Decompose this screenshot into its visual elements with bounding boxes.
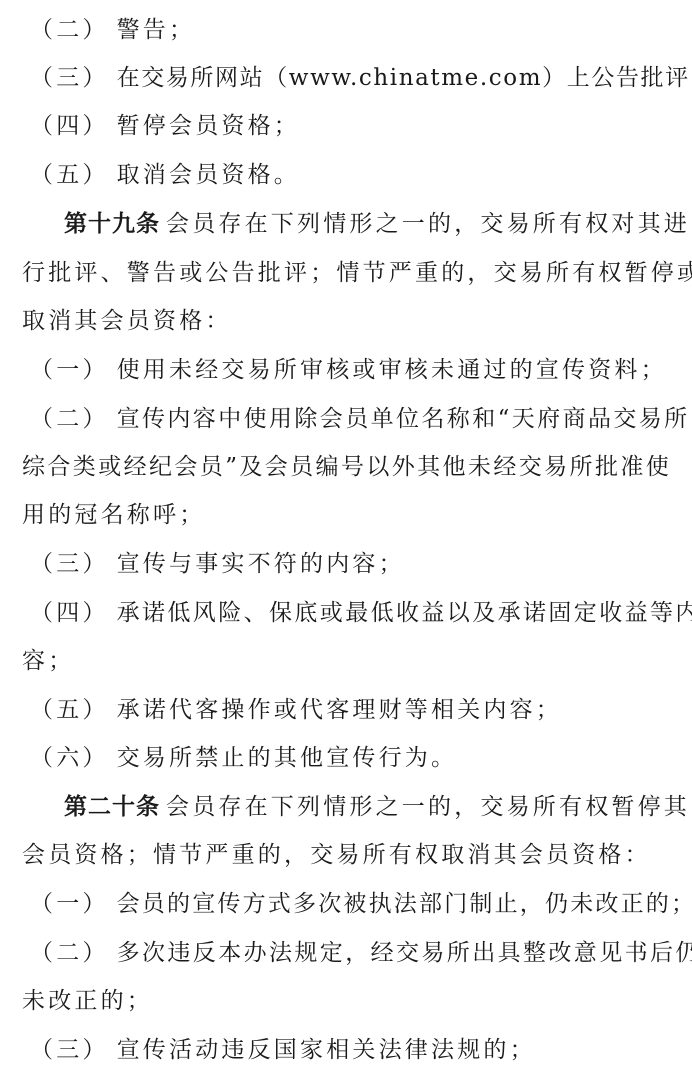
- item-number: （一）: [30, 891, 109, 917]
- item-number: （五）: [30, 162, 109, 188]
- continuation-text: 会员资格；情节严重的，交易所有权取消其会员资格：: [22, 842, 651, 868]
- item-text: 交易所禁止的其他宣传行为。: [117, 745, 458, 771]
- article-19-paragraph: 第十九条会员存在下列情形之一的，交易所有权对其进: [64, 209, 690, 239]
- list-item-violation-5: （五）承诺代客操作或代客理财等相关内容；: [30, 695, 562, 725]
- paragraph-continuation: 未改正的；: [22, 986, 153, 1016]
- list-item-violation-2: （二）宣传内容中使用除会员单位名称和“天府商品交易所: [30, 404, 690, 434]
- item-number: （二）: [30, 17, 109, 43]
- item-text: 多次违反本办法规定，经交易所出具整改意见书后仍: [117, 940, 692, 966]
- item-number: （六）: [30, 745, 109, 771]
- document-page: （二）警告； （三）在交易所网站（www.chinatme.com）上公告批评；…: [0, 0, 692, 1086]
- continuation-text: 用的冠名称呼；: [22, 502, 205, 528]
- list-item-penalty-2: （二）警告；: [30, 15, 195, 45]
- item-number: （三）: [30, 65, 109, 91]
- item-text: 警告；: [117, 17, 196, 43]
- list-item-violation-1: （一）使用未经交易所审核或审核未通过的宣传资料；: [30, 355, 667, 385]
- list-item-penalty-4: （四）暂停会员资格；: [30, 111, 300, 141]
- article-heading: 第二十条: [64, 794, 160, 820]
- continuation-text: 未改正的；: [22, 988, 153, 1014]
- item-number: （四）: [30, 113, 109, 139]
- item-text: 在交易所网站（www.chinatme.com）上公告批评；: [117, 65, 692, 91]
- article-20-paragraph: 第二十条会员存在下列情形之一的，交易所有权暂停其: [64, 792, 690, 822]
- item-number: （三）: [30, 551, 109, 577]
- article-text: 会员存在下列情形之一的，交易所有权对其进: [166, 211, 690, 237]
- paragraph-continuation: 行批评、警告或公告批评；情节严重的，交易所有权暂停或: [22, 258, 692, 288]
- paragraph-continuation: 容；: [22, 646, 74, 676]
- continuation-text: 综合类或经纪会员”及会员编号以外其他未经交易所批准使: [22, 454, 671, 480]
- item-number: （二）: [30, 940, 109, 966]
- item-number: （一）: [30, 357, 109, 383]
- list-item-suspension-2: （二）多次违反本办法规定，经交易所出具整改意见书后仍: [30, 938, 692, 968]
- item-text: 宣传活动违反国家相关法律法规的；: [117, 1037, 536, 1063]
- continuation-text: 容；: [22, 648, 74, 674]
- list-item-penalty-3: （三）在交易所网站（www.chinatme.com）上公告批评；: [30, 63, 692, 93]
- continuation-text: 行批评、警告或公告批评；情节严重的，交易所有权暂停或: [22, 260, 692, 286]
- paragraph-continuation: 会员资格；情节严重的，交易所有权取消其会员资格：: [22, 840, 651, 870]
- item-number: （三）: [30, 1037, 109, 1063]
- item-text: 暂停会员资格；: [117, 113, 300, 139]
- item-text: 承诺代客操作或代客理财等相关内容；: [117, 697, 562, 723]
- list-item-violation-6: （六）交易所禁止的其他宣传行为。: [30, 743, 457, 773]
- item-number: （五）: [30, 697, 109, 723]
- paragraph-continuation: 用的冠名称呼；: [22, 500, 205, 530]
- item-text: 使用未经交易所审核或审核未通过的宣传资料；: [117, 357, 667, 383]
- item-text: 宣传内容中使用除会员单位名称和“天府商品交易所: [117, 406, 690, 432]
- item-text: 宣传与事实不符的内容；: [117, 551, 405, 577]
- continuation-text: 取消其会员资格：: [22, 308, 232, 334]
- paragraph-continuation: 取消其会员资格：: [22, 306, 232, 336]
- article-text: 会员存在下列情形之一的，交易所有权暂停其: [166, 794, 690, 820]
- item-text: 承诺低风险、保底或最低收益以及承诺固定收益等内: [117, 600, 692, 626]
- list-item-penalty-5: （五）取消会员资格。: [30, 160, 300, 190]
- list-item-suspension-3: （三）宣传活动违反国家相关法律法规的；: [30, 1035, 536, 1065]
- paragraph-continuation: 综合类或经纪会员”及会员编号以外其他未经交易所批准使: [22, 452, 671, 482]
- item-text: 会员的宣传方式多次被执法部门制止，仍未改正的；: [117, 891, 692, 917]
- item-text: 取消会员资格。: [117, 162, 300, 188]
- article-heading: 第十九条: [64, 211, 160, 237]
- item-number: （二）: [30, 406, 109, 432]
- item-number: （四）: [30, 600, 109, 626]
- list-item-violation-3: （三）宣传与事实不符的内容；: [30, 549, 405, 579]
- list-item-violation-4: （四）承诺低风险、保底或最低收益以及承诺固定收益等内: [30, 598, 692, 628]
- list-item-suspension-1: （一）会员的宣传方式多次被执法部门制止，仍未改正的；: [30, 889, 692, 919]
